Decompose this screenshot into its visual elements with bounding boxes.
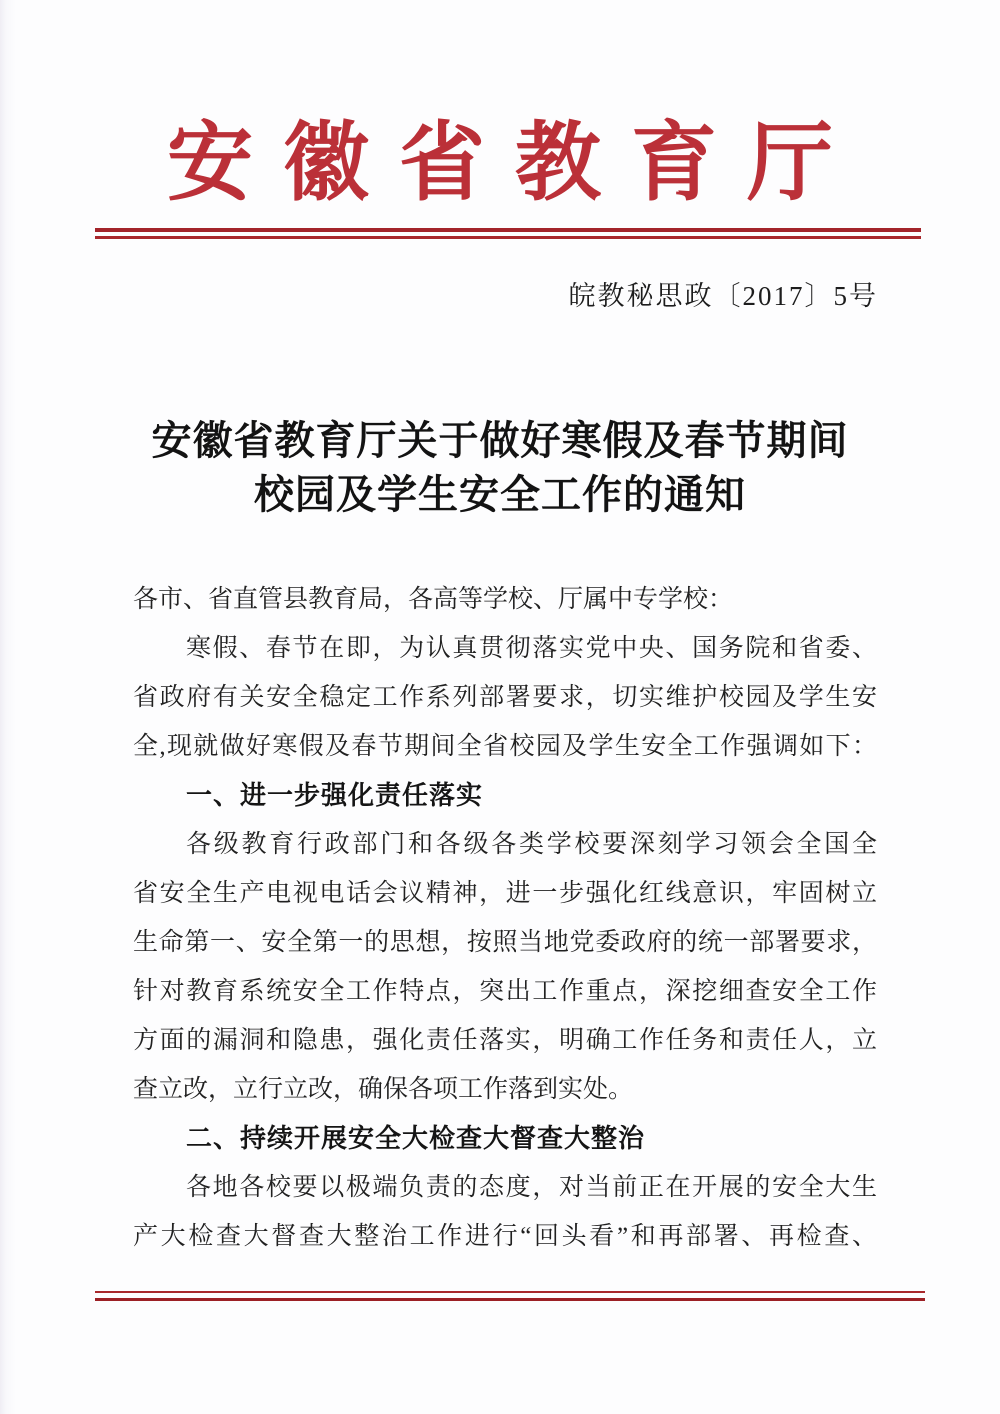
body-line: 各级教育行政部门和各级各类学校要深刻学习领会全国全 <box>133 820 877 869</box>
body-line: 生命第一、安全第一的思想，按照当地党委政府的统一部署要求， <box>133 918 877 967</box>
body-line: 省安全生产电视电话会议精神，进一步强化红线意识，牢固树立 <box>133 869 877 918</box>
title-line: 安徽省教育厅关于做好寒假及春节期间 <box>0 414 1000 468</box>
body-line: 寒假、春节在即，为认真贯彻落实党中央、国务院和省委、 <box>133 624 877 673</box>
body-line: 二、持续开展安全大检查大督查大整治 <box>133 1114 877 1163</box>
body-line: 各地各校要以极端负责的态度，对当前正在开展的安全大生 <box>133 1163 877 1212</box>
body-line: 各市、省直管县教育局，各高等学校、厅属中专学校： <box>133 575 877 624</box>
title-line: 校园及学生安全工作的通知 <box>0 468 1000 522</box>
body-line: 省政府有关安全稳定工作系列部署要求，切实维护校园及学生安 <box>133 673 877 722</box>
agency-title: 安徽省教育厅 <box>0 110 1000 216</box>
body-line: 产大检查大督查大整治工作进行“回头看”和再部署、再检查、 <box>133 1212 877 1261</box>
document-body: 各市、省直管县教育局，各高等学校、厅属中专学校： 寒假、春节在即，为认真贯彻落实… <box>133 575 877 1261</box>
header-divider <box>95 228 921 239</box>
document-page: 安徽省教育厅 皖教秘思政〔2017〕5号 安徽省教育厅关于做好寒假及春节期间 校… <box>0 0 1000 1414</box>
body-line: 全,现就做好寒假及春节期间全省校园及学生安全工作强调如下： <box>133 722 877 771</box>
body-line: 方面的漏洞和隐患，强化责任落实，明确工作任务和责任人，立 <box>133 1016 877 1065</box>
body-line: 查立改，立行立改，确保各项工作落到实处。 <box>133 1065 877 1114</box>
document-number: 皖教秘思政〔2017〕5号 <box>569 280 879 312</box>
footer-divider <box>95 1291 925 1301</box>
document-title: 安徽省教育厅关于做好寒假及春节期间 校园及学生安全工作的通知 <box>0 414 1000 522</box>
body-line: 一、进一步强化责任落实 <box>133 771 877 820</box>
body-line: 针对教育系统安全工作特点，突出工作重点，深挖细查安全工作 <box>133 967 877 1016</box>
